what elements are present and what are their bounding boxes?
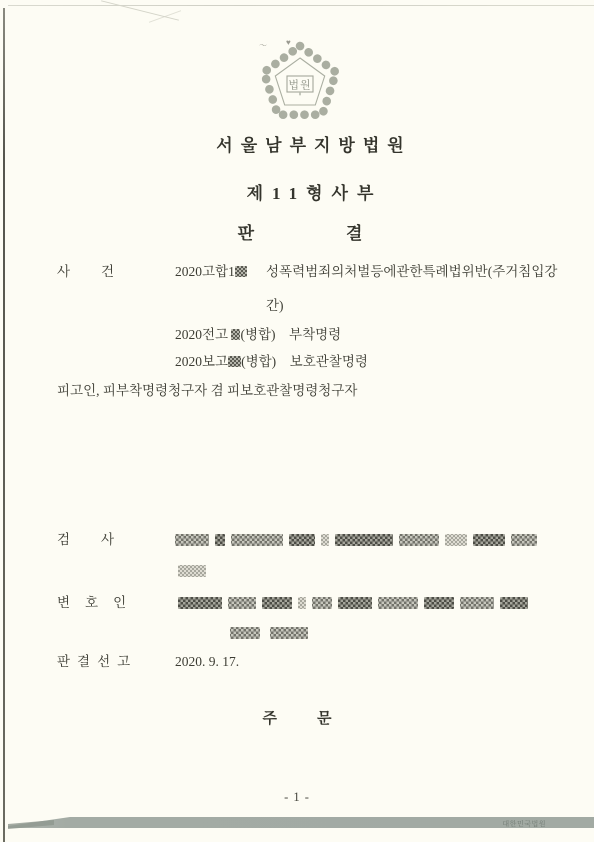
redacted-counsel-name (178, 596, 528, 609)
scan-scratch (149, 10, 181, 23)
page-number: - 1 - (0, 790, 594, 805)
court-seal-icon: 법원 (250, 36, 350, 128)
counsel-label: 변호인 (57, 594, 141, 611)
court-name: 서울남부지방법원 (26, 131, 594, 156)
footer-bar: 대한민국법원 (8, 817, 594, 828)
case-number: 2020고합1 (175, 263, 247, 280)
redacted-case-digits (235, 266, 247, 277)
document-title: 판결 (6, 219, 594, 244)
sentencing-date-value: 2020. 9. 17. (175, 653, 239, 670)
case-label: 사건 (57, 263, 145, 280)
redacted-prosecutor-name-2 (178, 564, 206, 577)
scanned-judgment-page: 〜 ♥ 법원 서울남부지방법원 제11형사부 판결 사건 2020고합1 성폭력… (0, 0, 594, 842)
seal-text: 법원 (288, 78, 311, 92)
attachment-order-case: 2020전고 (병합) 부착명령 (175, 326, 341, 343)
order-section-title: 주문 (0, 707, 594, 728)
redacted-counsel-name-2 (230, 626, 308, 639)
scan-scratch (101, 0, 179, 20)
redacted-case-digits (228, 356, 241, 367)
probation-order-case: 2020보고(병합) 보호관찰명령 (175, 353, 368, 370)
redacted-prosecutor-name (175, 533, 537, 546)
footer-watermark: 대한민국법원 (502, 819, 546, 829)
prosecutor-label: 검사 (57, 531, 145, 548)
scan-top-line (8, 5, 594, 6)
charge-text-line2: 간) (266, 297, 284, 314)
sentencing-date-label: 판결선고 (57, 653, 137, 670)
charge-text-line1: 성폭력범죄의처벌등에관한특례법위반(주거침입강 (266, 263, 557, 280)
court-panel: 제11형사부 (26, 179, 594, 204)
defendant-line: 피고인, 피부착명령청구자 겸 피보호관찰명령청구자 (57, 382, 357, 399)
